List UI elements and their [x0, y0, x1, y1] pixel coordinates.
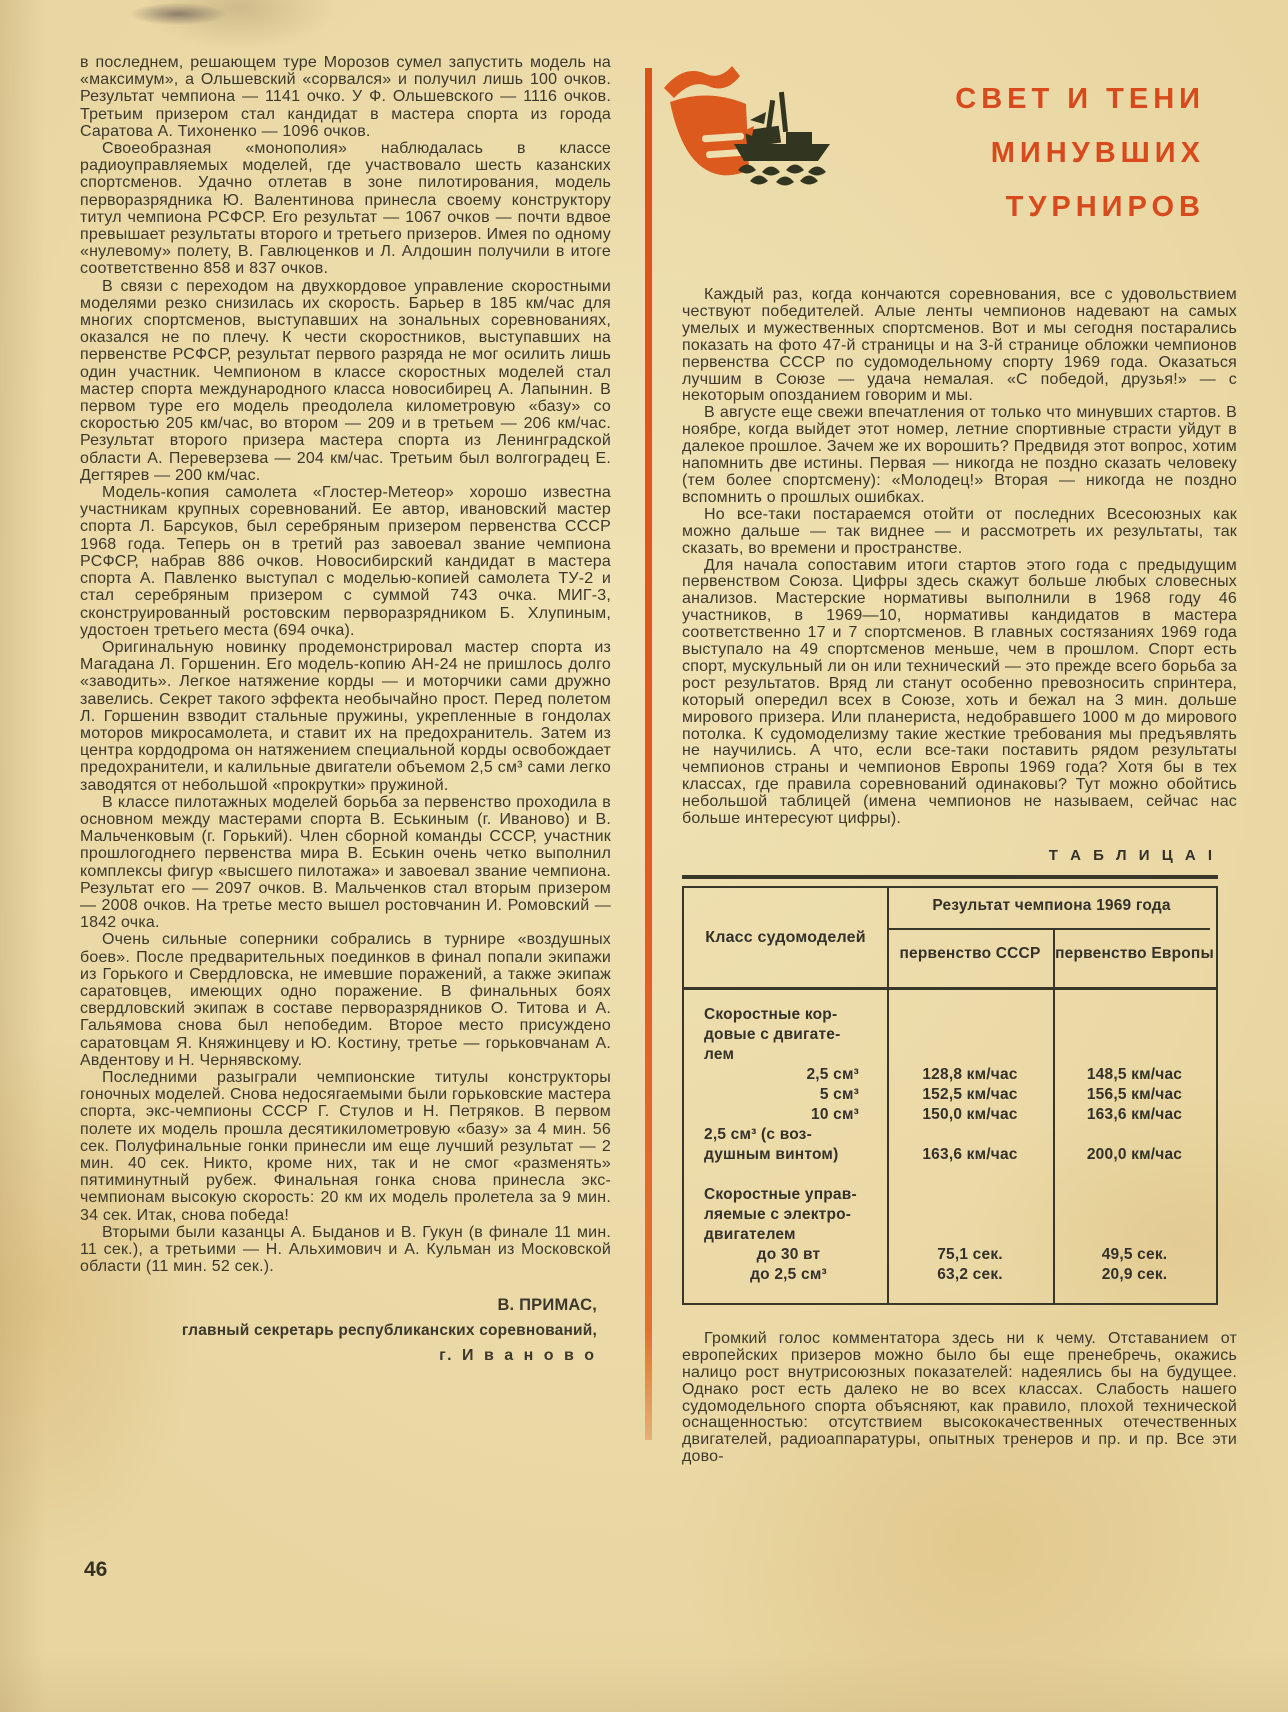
table-ussr-cell: 63,2 сек.	[887, 1265, 1053, 1285]
table-class-cell: 10 см³	[684, 1105, 887, 1125]
paragraph: Громкий голос комментатора здесь ни к че…	[682, 1331, 1237, 1466]
table-header-class: Класс судомоделей	[684, 888, 887, 989]
paragraph: Очень сильные соперники собрались в турн…	[80, 931, 611, 1069]
table-data-row: 10 см³150,0 км/час163,6 км/час	[684, 1105, 1216, 1125]
left-column-paragraphs: в последнем, решающем туре Морозов сумел…	[80, 54, 611, 1275]
table-class-cell: до 2,5 см³	[684, 1265, 887, 1285]
paragraph: В связи с переходом на двухкордовое упра…	[80, 278, 611, 484]
paragraph: В августе еще свежи впечатления от тольк…	[682, 405, 1237, 506]
left-column: в последнем, решающем туре Морозов сумел…	[80, 54, 611, 1368]
table-group-row: Скоростные кор-довые с двигате-лем	[684, 1005, 1216, 1065]
paragraph: в последнем, решающем туре Морозов сумел…	[80, 54, 611, 140]
column-divider-rule	[645, 68, 652, 1440]
signature-block: В. ПРИМАС, главный секретарь республикан…	[80, 1293, 611, 1368]
paragraph: Модель-копия самолета «Глостер-Метеор» х…	[80, 484, 611, 639]
table-ussr-cell: 152,5 км/час	[887, 1085, 1053, 1105]
table-europe-cell: 200,0 км/час	[1053, 1145, 1216, 1165]
signature-role: главный секретарь республиканских соревн…	[80, 1318, 597, 1343]
table-data-row: 2,5 см³ (с воз-душным винтом)163,6 км/ча…	[684, 1125, 1216, 1165]
table-header-ussr: первенство СССР	[887, 946, 1053, 963]
table-europe-cell: 163,6 км/час	[1053, 1105, 1216, 1125]
table-europe-cell: 49,5 сек.	[1053, 1245, 1216, 1265]
table-ussr-cell: 128,8 км/час	[887, 1065, 1053, 1085]
table-header-europe: первенство Европы	[1053, 946, 1216, 963]
paragraph: Последними разыграли чемпионские титулы …	[80, 1069, 611, 1224]
table-ussr-cell: 163,6 км/час	[887, 1145, 1053, 1165]
right-column: Каждый раз, когда кончаются соревнования…	[682, 50, 1237, 1466]
table-class-cell: Скоростные кор-довые с двигате-лем	[684, 1005, 887, 1065]
table-box: Класс судомоделей Результат чемпиона 196…	[682, 886, 1218, 1305]
table-span-underline	[887, 928, 1210, 930]
table-spacer-row	[684, 1165, 1216, 1185]
right-column-paragraphs: Каждый раз, когда кончаются соревнования…	[682, 287, 1237, 828]
paragraph: Оригинальную новинку продемонстрировал м…	[80, 639, 611, 794]
signature-name: В. ПРИМАС,	[80, 1293, 597, 1318]
table-class-cell: до 30 вт	[684, 1245, 887, 1265]
paragraph: Для начала сопоставим итоги стартов этог…	[682, 558, 1237, 829]
table-ussr-cell: 75,1 сек.	[887, 1245, 1053, 1265]
table-data-row: 5 см³152,5 км/час156,5 км/час	[684, 1085, 1216, 1105]
table-class-cell: 2,5 см³	[684, 1065, 887, 1085]
page-number: 46	[84, 1558, 107, 1582]
paragraph: Но все-таки постараемся отойти от послед…	[682, 507, 1237, 558]
table-ussr-cell: 150,0 км/час	[887, 1105, 1053, 1125]
paragraph: Своеобразная «монополия» наблюдалась в к…	[80, 140, 611, 278]
results-table: Т А Б Л И Ц А I Класс судомоделей Резуль…	[682, 848, 1218, 1305]
table-header: Класс судомоделей Результат чемпиона 196…	[684, 888, 1216, 989]
paragraph: Каждый раз, когда кончаются соревнования…	[682, 287, 1237, 405]
table-data-row: до 30 вт75,1 сек.49,5 сек.	[684, 1245, 1216, 1265]
paragraph: Вторыми были казанцы А. Быданов и В. Гук…	[80, 1224, 611, 1276]
table-header-span: Результат чемпиона 1969 года	[887, 898, 1216, 915]
magazine-page: в последнем, решающем туре Морозов сумел…	[0, 0, 1288, 1712]
table-data-row: до 2,5 см³63,2 сек.20,9 сек.	[684, 1265, 1216, 1285]
table-data-row: 2,5 см³128,8 км/час148,5 км/час	[684, 1065, 1216, 1085]
table-body: Скоростные кор-довые с двигате-лем2,5 см…	[684, 989, 1216, 1303]
table-label: Т А Б Л И Ц А I	[682, 848, 1216, 865]
table-europe-cell: 20,9 сек.	[1053, 1265, 1216, 1285]
table-europe-cell: 148,5 км/час	[1053, 1065, 1216, 1085]
paragraph: В классе пилотажных моделей борьба за пе…	[80, 794, 611, 932]
table-top-rule	[682, 875, 1218, 879]
signature-city: г. И в а н о в о	[80, 1343, 597, 1368]
table-group-row: Скоростные управ-ляемые с электро-двигат…	[684, 1185, 1216, 1245]
table-class-cell: Скоростные управ-ляемые с электро-двигат…	[684, 1185, 887, 1245]
table-class-cell: 5 см³	[684, 1085, 887, 1105]
table-class-cell: 2,5 см³ (с воз-душным винтом)	[684, 1125, 887, 1165]
table-europe-cell: 156,5 км/час	[1053, 1085, 1216, 1105]
